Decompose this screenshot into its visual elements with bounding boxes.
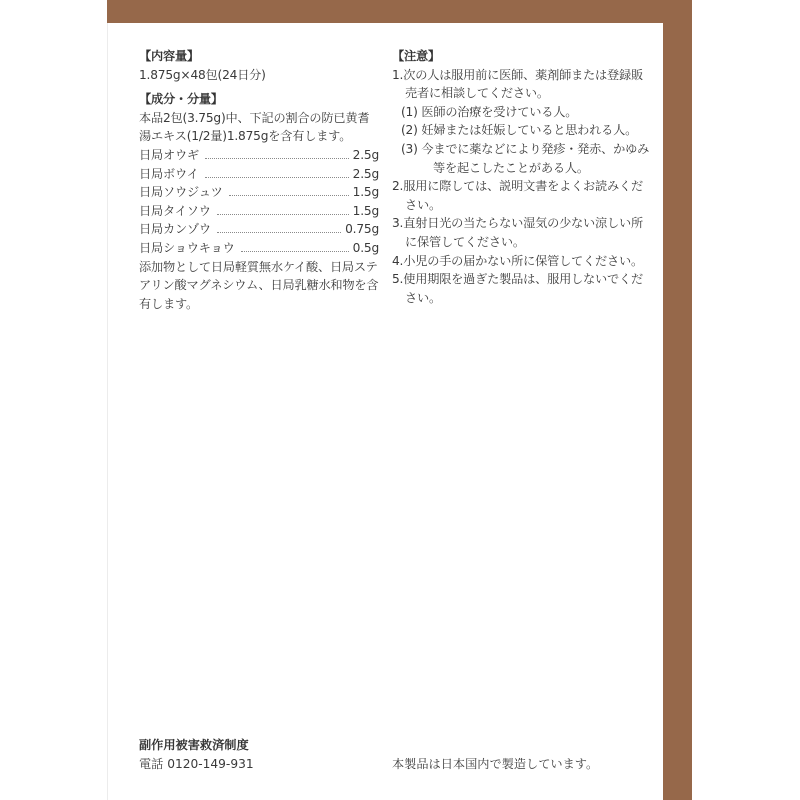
- caution-item-5: 5.使用期限を過ぎた製品は、服用しないでください。: [392, 270, 654, 307]
- footer-relief-info: 副作用被害救済制度 電話 0120-149-931: [139, 736, 254, 774]
- right-column: 【注意】 1.次の人は服用前に医師、薬剤師または登録販売者に相談してください。 …: [392, 47, 654, 307]
- ingredient-row: 日局タイソウ1.5g: [139, 202, 379, 221]
- ingredient-row: 日局オウギ2.5g: [139, 146, 379, 165]
- caution-item-1: 1.次の人は服用前に医師、薬剤師または登録販売者に相談してください。: [392, 66, 654, 103]
- ingredient-list: 日局オウギ2.5g 日局ボウイ2.5g 日局ソウジュツ1.5g 日局タイソウ1.…: [139, 146, 379, 258]
- ingredient-row: 日局カンゾウ0.75g: [139, 220, 379, 239]
- caution-heading: 【注意】: [392, 47, 654, 66]
- left-column: 【内容量】 1.875g×48包(24日分) 【成分・分量】 本品2包(3.75…: [139, 47, 379, 313]
- ingredients-heading: 【成分・分量】: [139, 90, 379, 109]
- ingredient-row: 日局ボウイ2.5g: [139, 165, 379, 184]
- contents-heading: 【内容量】: [139, 47, 379, 66]
- right-brown-band: [663, 0, 692, 800]
- caution-item-3: 3.直射日光の当たらない湿気の少ない涼しい所に保管してください。: [392, 214, 654, 251]
- ingredient-row: 日局ショウキョウ0.5g: [139, 239, 379, 258]
- ingredients-intro: 本品2包(3.75g)中、下記の割合の防已黄耆湯エキス(1/2量)1.875gを…: [139, 109, 379, 146]
- made-in-japan-note: 本製品は日本国内で製造しています。: [392, 755, 598, 774]
- caution-item-4: 4.小児の手の届かない所に保管してください。: [392, 252, 654, 271]
- caution-sub-1: (1) 医師の治療を受けている人。: [392, 103, 654, 122]
- ingredient-row: 日局ソウジュツ1.5g: [139, 183, 379, 202]
- page-edge: [107, 23, 108, 800]
- caution-item-2: 2.服用に際しては、説明文書をよくお読みください。: [392, 177, 654, 214]
- relief-system-label: 副作用被害救済制度: [139, 736, 254, 755]
- additives-text: 添加物として日局軽質無水ケイ酸、日局ステアリン酸マグネシウム、日局乳糖水和物を含…: [139, 258, 379, 314]
- contents-value: 1.875g×48包(24日分): [139, 66, 379, 85]
- caution-sub-2: (2) 妊婦または妊娠していると思われる人。: [392, 121, 654, 140]
- phone-number: 電話 0120-149-931: [139, 755, 254, 774]
- caution-sub-3: (3) 今までに薬などにより発疹・発赤、かゆみ等を起こしたことがある人。: [392, 140, 654, 177]
- top-brown-band: [107, 0, 692, 23]
